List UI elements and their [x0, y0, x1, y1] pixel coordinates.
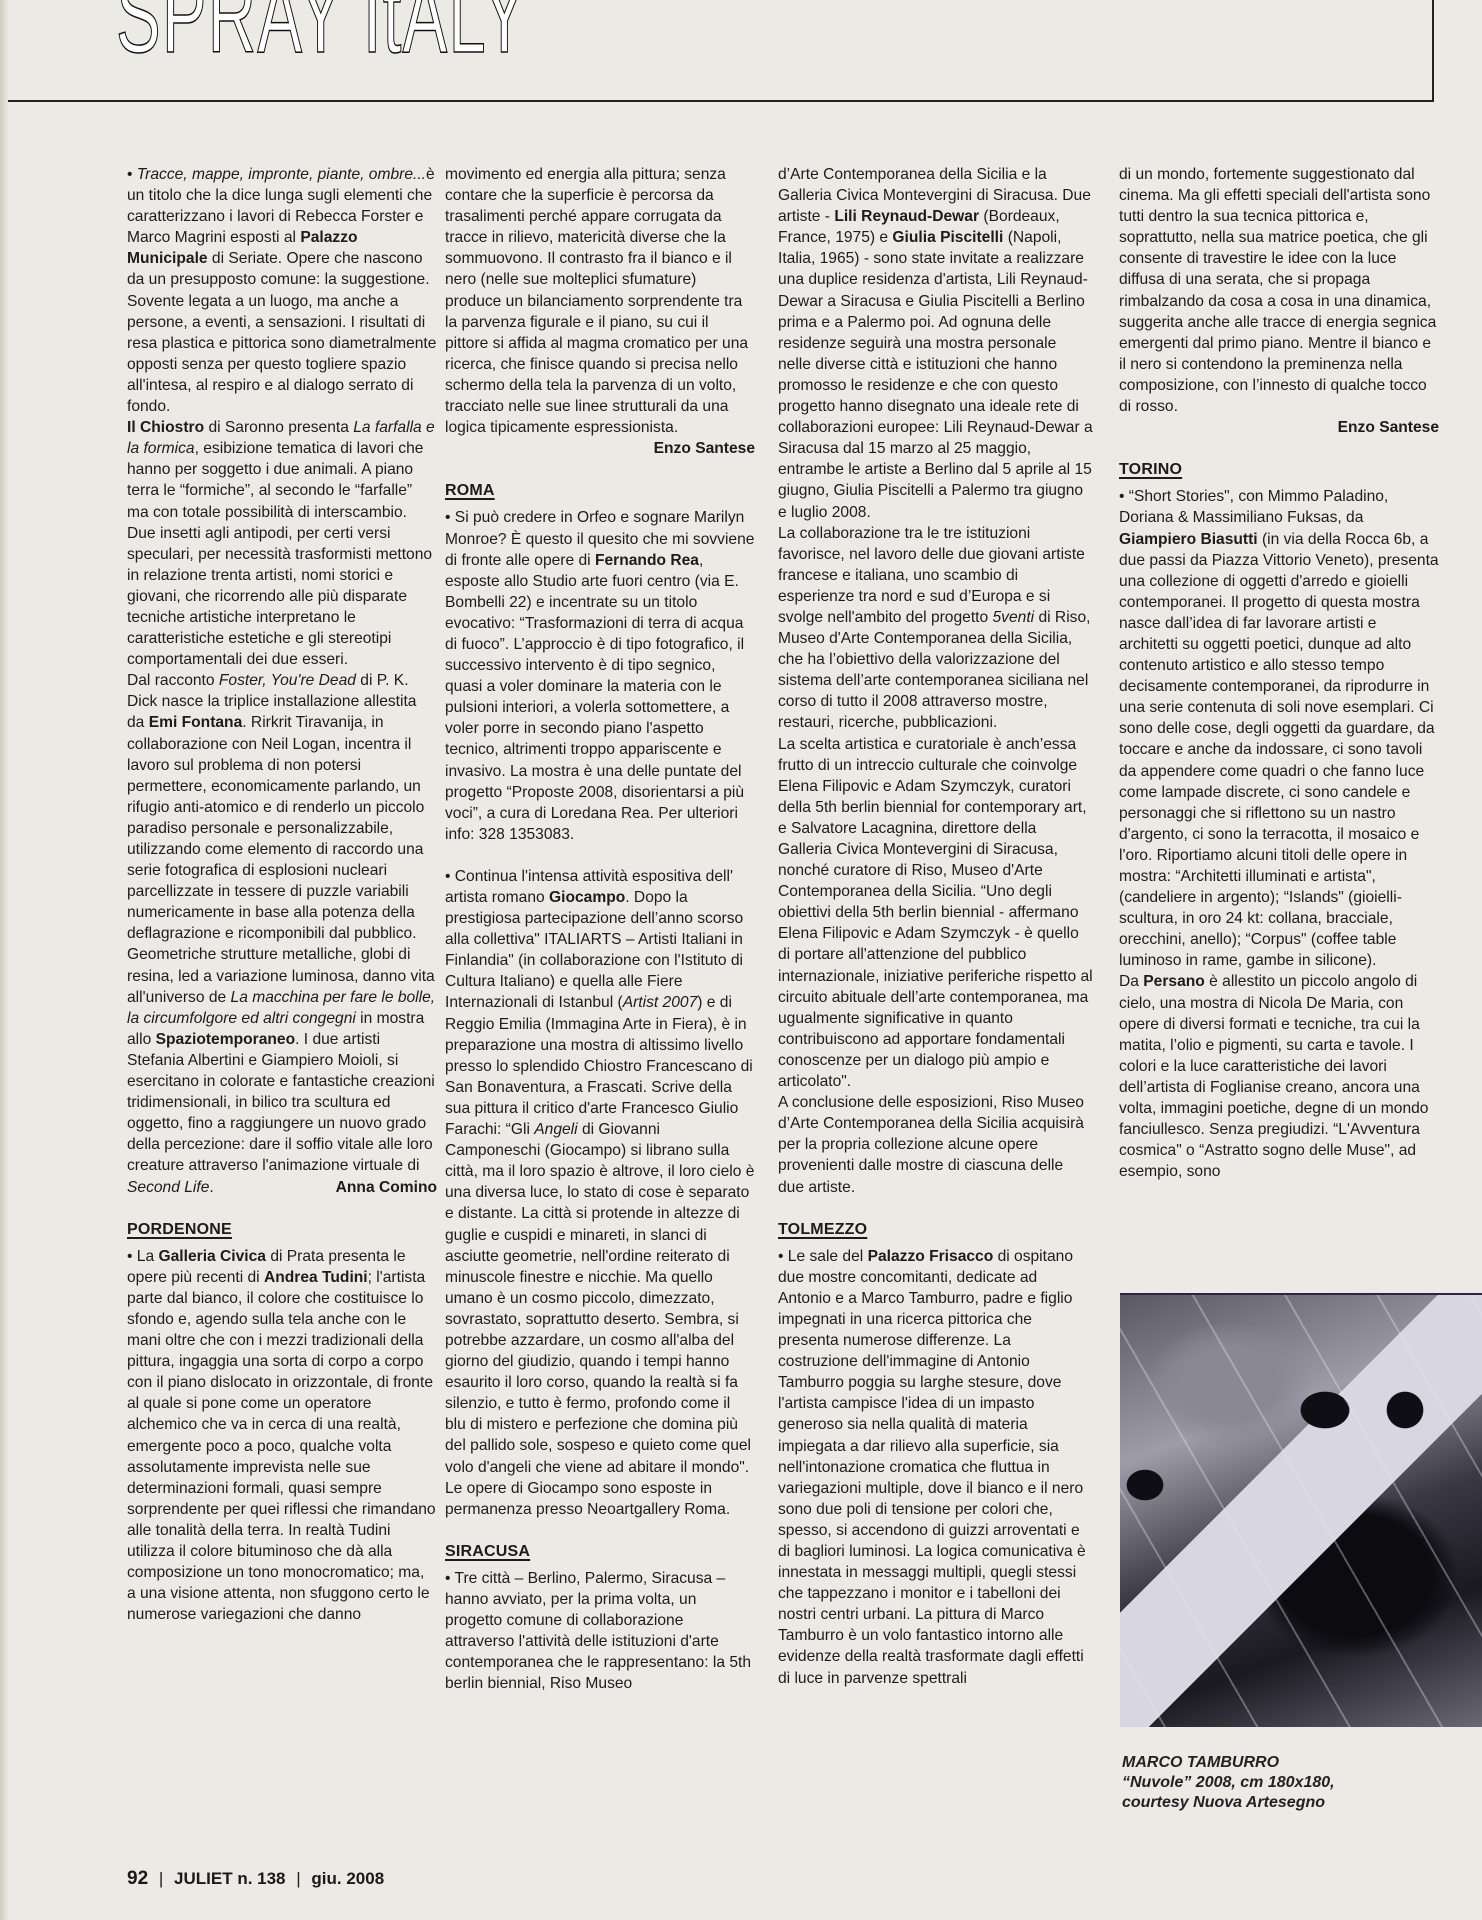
artwork-image — [1120, 1293, 1482, 1727]
section-heading-torino: TORINO — [1119, 459, 1439, 480]
magazine-issue: JULIET n. 138 — [174, 1869, 285, 1888]
page-footer: 92 | JULIET n. 138 | giu. 2008 — [127, 1868, 384, 1890]
column-3: d’Arte Contemporanea della Sicilia e la … — [778, 164, 1093, 1689]
paragraph: • Tracce, mappe, impronte, piante, ombre… — [127, 164, 437, 417]
caption-artist: MARCO TAMBURRO — [1122, 1753, 1462, 1773]
page-number: 92 — [127, 1868, 148, 1889]
author-signature: Enzo Santese — [445, 438, 755, 459]
column-2: movimento ed energia alla pittura; senza… — [445, 164, 755, 1694]
paragraph: La collaborazione tra le tre istituzioni… — [778, 523, 1093, 734]
issue-date: giu. 2008 — [311, 1869, 384, 1888]
figure-caption: MARCO TAMBURRO “Nuvole” 2008, cm 180x180… — [1122, 1753, 1462, 1813]
paragraph: Da Persano è allestito un piccolo angolo… — [1119, 971, 1439, 1182]
separator: | — [159, 1869, 163, 1888]
author-signature: Anna Comino — [336, 1177, 437, 1198]
section-heading-pordenone: PORDENONE — [127, 1219, 437, 1240]
paragraph: La scelta artistica e curatoriale è anch… — [778, 734, 1093, 1093]
caption-title: “Nuvole” 2008, cm 180x180, — [1122, 1773, 1462, 1793]
column-4: di un mondo, fortemente suggestionato da… — [1119, 164, 1439, 1182]
paragraph: A conclusione delle esposizioni, Riso Mu… — [778, 1092, 1093, 1197]
paragraph: • Si può credere in Orfeo e sognare Mari… — [445, 507, 755, 845]
paragraph: Dal racconto Foster, You're Dead di P. K… — [127, 670, 437, 944]
paragraph: • La Galleria Civica di Prata presenta l… — [127, 1246, 437, 1626]
section-heading-siracusa: SIRACUSA — [445, 1541, 755, 1562]
section-title: SPRAY ItALY — [116, 0, 528, 77]
section-heading-roma: ROMA — [445, 480, 755, 501]
paragraph: Geometriche strutture metalliche, globi … — [127, 944, 437, 1197]
paragraph: movimento ed energia alla pittura; senza… — [445, 164, 755, 438]
page-gutter-edge — [0, 0, 8, 1920]
separator: | — [296, 1869, 300, 1888]
paragraph: • Le sale del Palazzo Frisacco di ospita… — [778, 1246, 1093, 1689]
paragraph: di un mondo, fortemente suggestionato da… — [1119, 164, 1439, 417]
paragraph: Il Chiostro di Saronno presenta La farfa… — [127, 417, 437, 670]
paragraph: • “Short Stories", con Mimmo Paladino, D… — [1119, 486, 1439, 971]
paragraph: • Tre città – Berlino, Palermo, Siracusa… — [445, 1568, 755, 1695]
paragraph: • Continua l'intensa attività espositiva… — [445, 866, 755, 1520]
paragraph: d’Arte Contemporanea della Sicilia e la … — [778, 164, 1093, 523]
author-signature: Enzo Santese — [1119, 417, 1439, 438]
caption-credit: courtesy Nuova Artesegno — [1122, 1793, 1462, 1813]
section-heading-tolmezzo: TOLMEZZO — [778, 1219, 1093, 1240]
column-1: • Tracce, mappe, impronte, piante, ombre… — [127, 164, 437, 1625]
masthead: SPRAY ItALY — [8, 0, 1434, 102]
